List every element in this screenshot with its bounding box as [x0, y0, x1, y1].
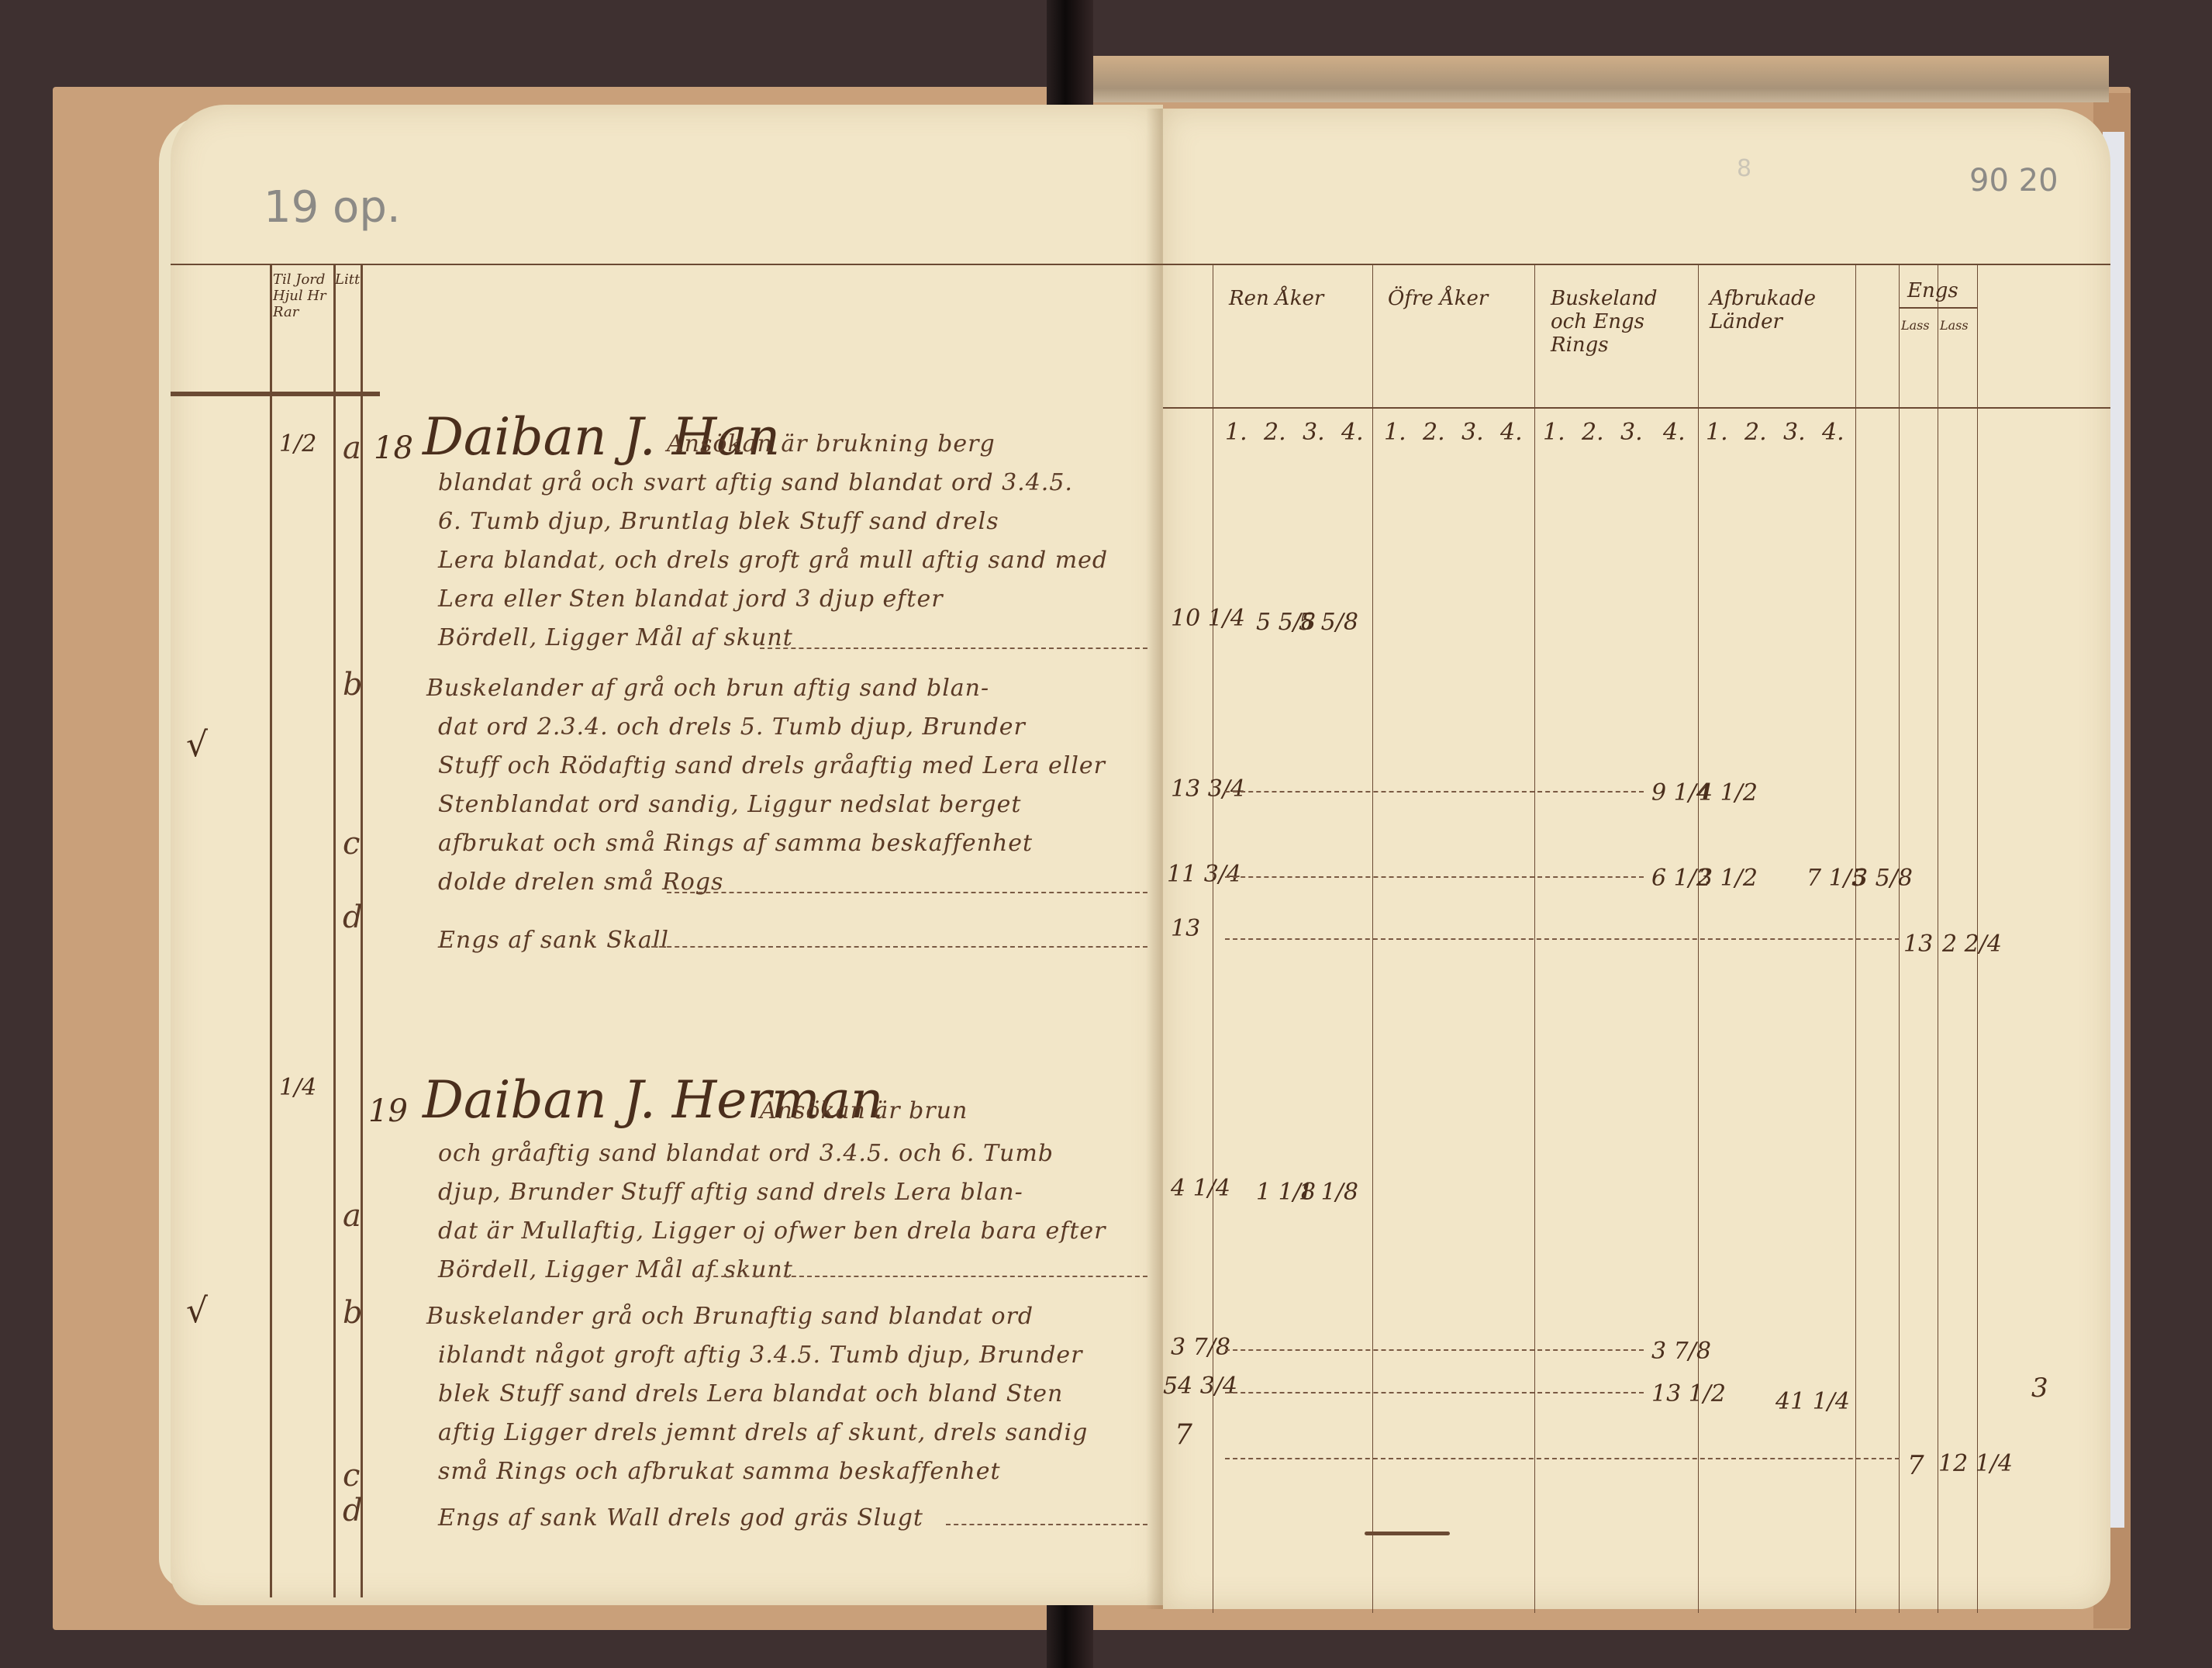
- subcolumn-number: 3.: [1461, 419, 1484, 446]
- text-line: aftig Ligger drels jemnt drels af skunt,…: [438, 1419, 1088, 1446]
- leader-dash: [1225, 791, 1644, 793]
- subcolumn-number: 4.: [1822, 419, 1844, 446]
- subcolumn-number: 2.: [1582, 419, 1604, 446]
- pencil-folio-left: 19 op.: [264, 182, 401, 233]
- column-header-ren-aker: Ren Åker: [1229, 287, 1323, 310]
- row-total: 13: [1171, 915, 1200, 942]
- row-total: 4 1/4: [1171, 1175, 1230, 1202]
- column-rule-1: [270, 264, 272, 1597]
- text-line: Stuff och Rödaftig sand drels gråaftig m…: [438, 752, 1106, 779]
- text-line: blek Stuff sand drels Lera blandat och b…: [438, 1380, 1063, 1407]
- row-total: 54 3/4: [1163, 1373, 1237, 1400]
- leader-dash: [1225, 938, 1900, 940]
- column-header-afbrukade: Afbrukade Länder: [1710, 287, 1849, 333]
- cell-value: 13 1/2: [1651, 1380, 1726, 1407]
- page-stack-edge: [1054, 56, 2109, 102]
- cell-value: 4 1/2: [1698, 779, 1758, 806]
- check-mark: √: [186, 725, 208, 765]
- text-line: Buskelander grå och Brunaftig sand bland…: [426, 1303, 1034, 1330]
- right-page: 8 90 20 Ren Åker Öfre Åker Buskeland och…: [1163, 109, 2110, 1609]
- parcel-letter: b: [343, 667, 363, 703]
- text-line: Bördell, Ligger Mål af skunt: [438, 1256, 793, 1283]
- entry-fraction: 1/2: [279, 430, 316, 458]
- column-rule-2: [333, 264, 336, 1597]
- text-line: djup, Brunder Stuff aftig sand drels Ler…: [438, 1179, 1023, 1206]
- column-header-litt: Litt: [335, 271, 360, 288]
- column-subheader-lass: Lass: [1901, 318, 1930, 333]
- row-total: 7: [1175, 1419, 1192, 1451]
- subcolumn-number: 4.: [1663, 419, 1686, 446]
- leader-dash: [1225, 1458, 1900, 1459]
- column-header-engs: Engs: [1907, 279, 1958, 302]
- text-line: Engs af sank Wall drels god gräs Slugt: [438, 1504, 923, 1532]
- text-line: Ansökan är brun: [760, 1097, 968, 1124]
- text-line: iblandt något groft aftig 3.4.5. Tumb dj…: [438, 1342, 1083, 1369]
- column-header-ofre-aker: Öfre Åker: [1388, 287, 1488, 310]
- row-total: 10 1/4: [1171, 605, 1245, 632]
- subcolumn-number: 1.: [1225, 419, 1247, 446]
- text-line: och gråaftig sand blandat ord 3.4.5. och…: [438, 1140, 1054, 1167]
- cell-value: 12 1/4: [1938, 1450, 2013, 1477]
- margin-note: 3: [2031, 1373, 2048, 1404]
- leader-dash: [760, 648, 1147, 649]
- text-line: små Rings och afbrukat samma beskaffenhe…: [438, 1458, 1001, 1485]
- column-header-hjul: Til Jord Hjul Hr Rar: [273, 271, 331, 320]
- text-line: Stenblandat ord sandig, Liggur nedslat b…: [438, 791, 1021, 818]
- ink-stroke: [1365, 1532, 1450, 1535]
- column-rule: [1938, 264, 1938, 1613]
- cell-value: 13: [1903, 931, 1933, 958]
- text-line: Buskelander af grå och brun aftig sand b…: [426, 675, 989, 702]
- pencil-folio-right: 90 20: [1969, 163, 2058, 199]
- text-line: blandat grå och svart aftig sand blandat…: [438, 469, 1073, 496]
- subcolumn-number: 4.: [1500, 419, 1523, 446]
- parcel-letter: a: [343, 430, 361, 466]
- subcolumn-number: 3.: [1783, 419, 1806, 446]
- check-mark: √: [186, 1291, 208, 1331]
- entry-number: 18: [374, 430, 413, 466]
- parcel-letter: b: [343, 1295, 363, 1331]
- subheader-rule: [1163, 407, 2110, 409]
- left-page: 19 op. Til Jord Hjul Hr Rar Litt 1/2 a 1…: [171, 105, 1163, 1605]
- text-line: Bördell, Ligger Mål af skunt: [438, 624, 793, 651]
- leader-dash: [1225, 876, 1644, 878]
- cell-value: 3 5/8: [1853, 865, 1913, 892]
- text-line: afbrukat och små Rings af samma beskaffe…: [438, 830, 1033, 857]
- cell-value: 7: [1907, 1450, 1924, 1481]
- row-total: 3 7/8: [1171, 1334, 1230, 1361]
- subcolumn-number: 3.: [1303, 419, 1325, 446]
- subcolumn-number: 1.: [1706, 419, 1728, 446]
- cell-value: 3 1/2: [1698, 865, 1758, 892]
- leader-dash: [651, 946, 1147, 948]
- entry-number: 19: [368, 1093, 408, 1129]
- leader-dash: [667, 892, 1147, 893]
- leader-dash: [1225, 1392, 1644, 1393]
- cell-value: 3 7/8: [1651, 1338, 1711, 1365]
- parcel-letter: d: [343, 900, 363, 935]
- text-line: Ansökan är brukning berg: [667, 430, 996, 458]
- header-bottom-rule: [171, 392, 380, 396]
- faint-number: 8: [1737, 155, 1751, 182]
- text-line: dat ord 2.3.4. och drels 5. Tumb djup, B…: [438, 713, 1026, 741]
- header-rule: [1163, 264, 2110, 265]
- cell-value: 5 5/8: [1299, 609, 1358, 636]
- parcel-letter: c: [343, 826, 360, 862]
- cell-value: 2 2/4: [1942, 931, 2002, 958]
- column-rule: [1213, 264, 1213, 1613]
- subcolumn-number: 2.: [1744, 419, 1767, 446]
- subcolumn-number: 2.: [1264, 419, 1286, 446]
- text-line: Lera eller Sten blandat jord 3 djup efte…: [438, 585, 944, 613]
- subcolumn-number: 3.: [1620, 419, 1643, 446]
- engs-subrule: [1899, 307, 1977, 309]
- text-line: dat är Mullaftig, Ligger oj ofwer ben dr…: [438, 1217, 1106, 1245]
- leader-dash: [1225, 1349, 1644, 1351]
- parcel-letter: a: [343, 1198, 361, 1234]
- parcel-letter: d: [343, 1493, 363, 1528]
- cell-value: 1 1/8: [1299, 1179, 1358, 1206]
- row-total: 11 3/4: [1167, 861, 1241, 888]
- subcolumn-number: 1.: [1543, 419, 1565, 446]
- subcolumn-number: 1.: [1384, 419, 1406, 446]
- header-rule: [171, 264, 1163, 265]
- subcolumn-number: 2.: [1423, 419, 1445, 446]
- leader-dash: [698, 1276, 1147, 1277]
- subcolumn-number: 4.: [1341, 419, 1364, 446]
- column-subheader-lass: Lass: [1940, 318, 1969, 333]
- text-line: Engs af sank Skall: [438, 927, 669, 954]
- text-line: Lera blandat, och drels groft grå mull a…: [438, 547, 1108, 574]
- cell-value: 41 1/4: [1775, 1388, 1850, 1415]
- entry-fraction: 1/4: [279, 1074, 316, 1101]
- leader-dash: [946, 1524, 1147, 1525]
- column-header-buskeland: Buskeland och Engs Rings: [1551, 287, 1690, 357]
- parcel-letter: c: [343, 1458, 360, 1494]
- text-line: 6. Tumb djup, Bruntlag blek Stuff sand d…: [438, 508, 999, 535]
- row-total: 13 3/4: [1171, 775, 1245, 803]
